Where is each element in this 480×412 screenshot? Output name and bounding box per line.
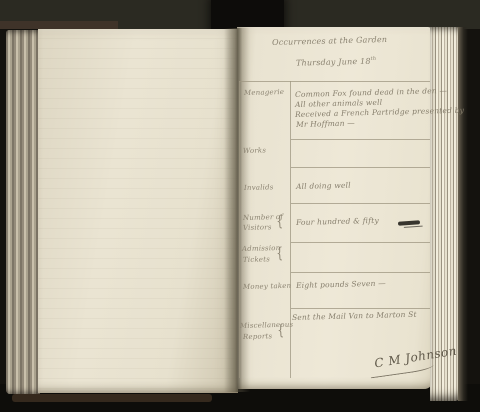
row-label-works: Works: [243, 146, 266, 155]
brace-mark-misc: {: [277, 321, 284, 339]
table-left-rule: [239, 81, 240, 378]
table-row-rule-5: [291, 272, 430, 273]
row-label-misc-1: Miscellaneous: [240, 321, 293, 330]
right-edge-shadow: [458, 27, 468, 401]
backdrop-top-brown-strip: [0, 21, 118, 29]
backdrop-bottom-brown-strip: [12, 394, 212, 402]
table-row-rule-2: [291, 167, 430, 168]
row-label-money-taken: Money taken: [243, 282, 291, 291]
page-date-suffix: th: [371, 56, 377, 62]
paper-grain-texture: [38, 29, 238, 393]
left-page-edge-stack: [6, 30, 40, 394]
table-row-rule-3: [291, 203, 430, 204]
brace-mark-tickets: {: [276, 244, 283, 262]
photo-of-open-ledger: Occurrences at the Garden Thursday June …: [0, 0, 480, 412]
brace-mark-visitors: {: [276, 212, 283, 230]
left-blank-page: [38, 29, 238, 393]
table-top-rule: [239, 81, 430, 82]
entry-menagerie-line4: Mr Hoffman —: [296, 118, 355, 129]
entry-invalids: All doing well: [296, 181, 351, 191]
table-column-divider: [290, 81, 291, 378]
row-label-visitors-2: Visitors: [243, 223, 272, 232]
row-label-menagerie: Menagerie: [244, 88, 284, 97]
row-label-misc-2: Reports: [243, 332, 272, 341]
row-label-tickets-2: Tickets: [243, 255, 270, 264]
row-label-tickets-1: Admission: [242, 244, 281, 253]
table-row-rule-1: [291, 139, 430, 140]
table-row-rule-6: [291, 308, 430, 309]
table-row-rule-4: [291, 242, 430, 243]
row-label-invalids: Invalids: [244, 183, 274, 192]
